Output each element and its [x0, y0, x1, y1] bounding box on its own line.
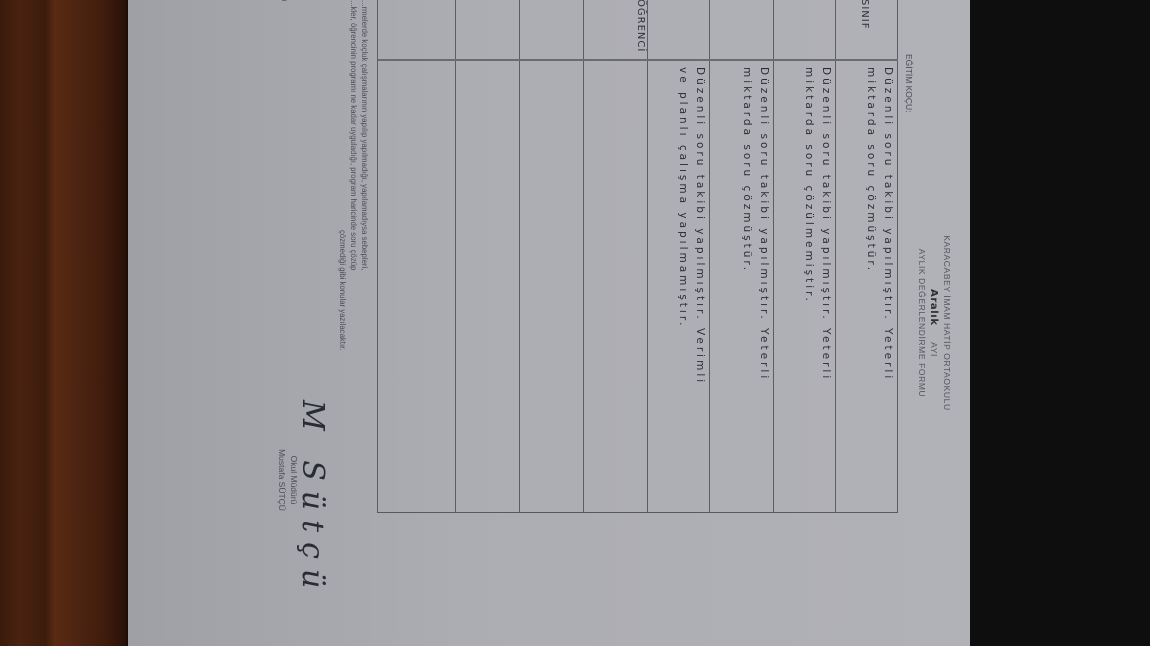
- entry-4-line-2: ve planlı çalışma yapılmamıştır.: [674, 67, 691, 385]
- month-line: Aralık AYI: [928, 0, 939, 646]
- wooden-surface: [0, 0, 128, 646]
- footer-note: ...rmelerde koçluk çalışmalarının yapılı…: [337, 0, 370, 560]
- month-handwritten: Aralık: [928, 289, 939, 326]
- principal-name: Mustafa SÜTÇÜ: [276, 380, 288, 580]
- dark-surface: [970, 0, 1150, 646]
- entry-2-line-1: Düzenli soru takibi yapılmıştır. Yeterli: [817, 67, 834, 381]
- entry-1: Düzenli soru takibi yapılmıştır. Yeterli…: [862, 67, 896, 381]
- row-label-class: SINIF: [859, 0, 870, 29]
- principal-signature: M Sütçü: [295, 400, 330, 598]
- principal-title: Okul Müdürü: [288, 380, 300, 580]
- school-name: KARACABEY İMAM HATİP ORTAOKULU: [942, 0, 952, 646]
- entry-2-line-2: miktarda soru çözülmemiştir.: [800, 67, 817, 381]
- entry-3-line-2: miktarda soru çözmüştür.: [738, 67, 755, 381]
- entry-3: Düzenli soru takibi yapılmıştır. Yeterli…: [738, 67, 772, 381]
- entry-1-line-2: miktarda soru çözmüştür.: [862, 67, 879, 381]
- entry-4-line-1: Düzenli soru takibi yapılmıştır. Verimli: [691, 67, 708, 385]
- teacher-block: ...retmen ...NER: [266, 0, 290, 2]
- form-title: AYLIK DEĞERLENDİRME FORMU: [917, 0, 927, 646]
- footer-line-1: ...rmelerde koçluk çalışmalarının yapılı…: [359, 0, 370, 560]
- evaluation-form: KARACABEY İMAM HATİP ORTAOKULU Aralık AY…: [128, 0, 970, 646]
- row-label-student: ÖĞRENCİ: [635, 0, 646, 52]
- evaluation-table: SINIF ÖĞRENCİ Düzenli soru takibi yapılm…: [377, 0, 898, 513]
- entry-1-line-1: Düzenli soru takibi yapılmıştır. Yeterli: [879, 67, 896, 381]
- footer-line-2: ...kler, öğrencinin programı ne kadar uy…: [348, 0, 359, 560]
- entry-4: Düzenli soru takibi yapılmıştır. Verimli…: [674, 67, 708, 385]
- entry-3-line-1: Düzenli soru takibi yapılmıştır. Yeterli: [755, 67, 772, 381]
- month-label: AYI: [929, 342, 939, 357]
- teacher-title: ...retmen: [278, 0, 290, 2]
- paper-sheet: KARACABEY İMAM HATİP ORTAOKULU Aralık AY…: [128, 0, 970, 646]
- coach-label: EĞİTİM KOÇU:: [904, 54, 914, 113]
- principal-block: Okul Müdürü Mustafa SÜTÇÜ: [276, 380, 300, 580]
- teacher-name: ...NER: [266, 0, 278, 2]
- footer-line-3: çözmediği gibi konular yazılacaktır.: [337, 0, 348, 560]
- entry-2: Düzenli soru takibi yapılmıştır. Yeterli…: [800, 67, 834, 381]
